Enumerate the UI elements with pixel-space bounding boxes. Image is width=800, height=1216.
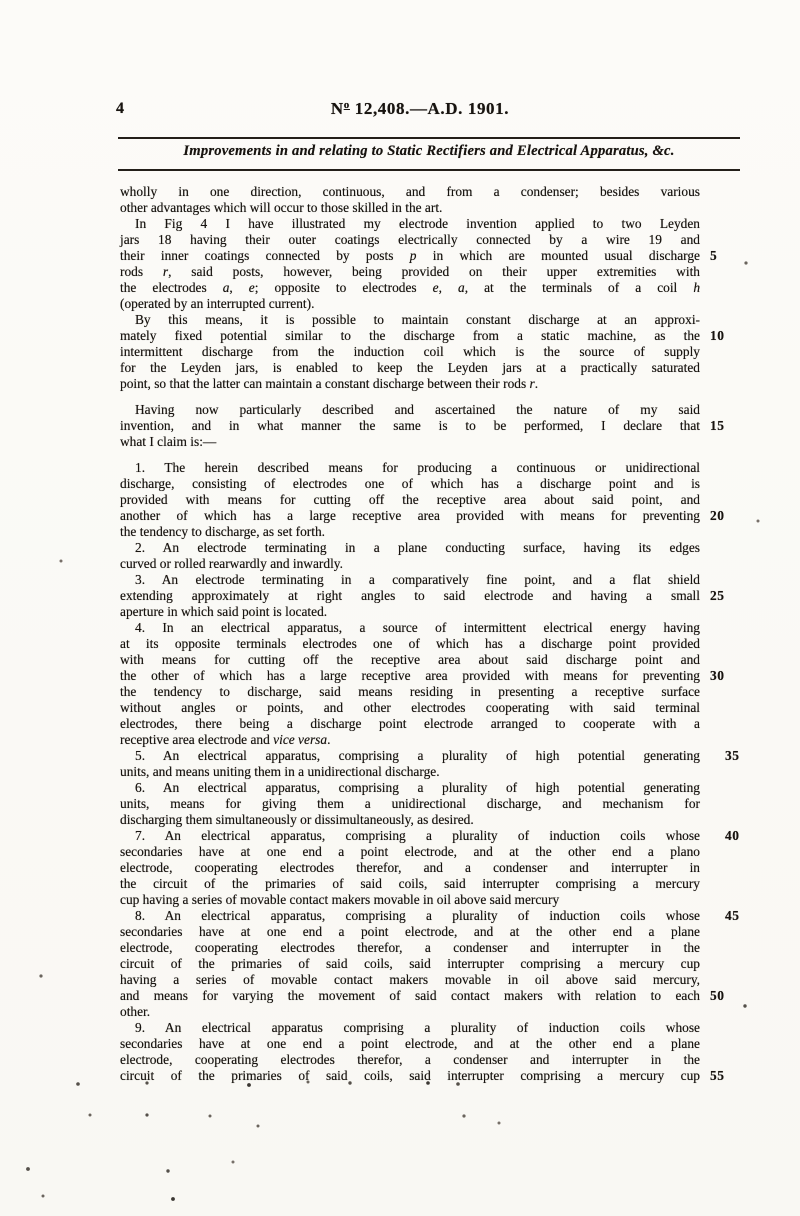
- text-line: 4. In an electrical apparatus, a source …: [120, 620, 700, 636]
- text-line: mately fixed potential similar to the di…: [120, 328, 700, 344]
- text-line: curved or rolled rearwardly and inwardly…: [120, 556, 700, 572]
- text-line: circuit of the primaries of said coils, …: [120, 956, 700, 972]
- header-divider-bottom: [118, 169, 740, 171]
- text-line: intermittent discharge from the inductio…: [120, 344, 700, 360]
- text-line: 6. An electrical apparatus, comprising a…: [120, 780, 700, 796]
- text-line: electrode, cooperating electrodes theref…: [120, 940, 700, 956]
- margin-line-number: 5: [710, 248, 717, 264]
- margin-line-number: 10: [710, 328, 724, 344]
- text-line: In Fig 4 I have illustrated my electrode…: [120, 216, 700, 232]
- text-line: Having now particularly described and as…: [120, 402, 700, 418]
- text-line: 5. An electrical apparatus, comprising a…: [120, 748, 700, 764]
- text-line: (operated by an interrupted current).: [120, 296, 700, 312]
- text-line: with means for cutting off the receptive…: [120, 652, 700, 668]
- text-line: electrode, cooperating electrodes theref…: [120, 1052, 700, 1068]
- text-line: secondaries have at one end a point elec…: [120, 1036, 700, 1052]
- text-line: discharging them simultaneously or dissi…: [120, 812, 700, 828]
- text-line: receptive area electrode and vice versa.: [120, 732, 700, 748]
- text-line: the tendency to discharge, as set forth.: [120, 524, 700, 540]
- body-text: wholly in one direction, continuous, and…: [120, 184, 700, 1084]
- patent-document-page: 4 No 12,408.—A.D. 1901. Improvements in …: [0, 0, 800, 1216]
- margin-line-number: 50: [710, 988, 724, 1004]
- text-line: units, and means uniting them in a unidi…: [120, 764, 700, 780]
- patent-number-heading: No 12,408.—A.D. 1901.: [120, 99, 720, 119]
- text-line: 2. An electrode terminating in a plane c…: [120, 540, 700, 556]
- text-line: the circuit of the primaries of said coi…: [120, 876, 700, 892]
- text-line: 9. An electrical apparatus comprising a …: [120, 1020, 700, 1036]
- text-line: without angles or points, and other elec…: [120, 700, 700, 716]
- scan-noise-specks: [0, 0, 2, 2]
- margin-line-number: 35: [710, 748, 739, 764]
- text-line: rods r, said posts, however, being provi…: [120, 264, 700, 280]
- text-line: electrodes, there being a discharge poin…: [120, 716, 700, 732]
- margin-line-number: 15: [710, 418, 724, 434]
- margin-line-number: 30: [710, 668, 724, 684]
- text-line: at its opposite terminals electrodes one…: [120, 636, 700, 652]
- text-line: other.: [120, 1004, 700, 1020]
- text-line: wholly in one direction, continuous, and…: [120, 184, 700, 200]
- text-line: discharge, consisting of electrodes one …: [120, 476, 700, 492]
- margin-line-number: 45: [710, 908, 739, 924]
- text-line: 7. An electrical apparatus, comprising a…: [120, 828, 700, 844]
- margin-line-number: 55: [710, 1068, 724, 1084]
- text-line: By this means, it is possible to maintai…: [120, 312, 700, 328]
- margin-line-number: 20: [710, 508, 724, 524]
- text-line: invention, and in what manner the same i…: [120, 418, 700, 434]
- text-line: another of which has a large receptive a…: [120, 508, 700, 524]
- text-line: and means for varying the movement of sa…: [120, 988, 700, 1004]
- text-line: for the Leyden jars, is enabled to keep …: [120, 360, 700, 376]
- patent-number-n: N: [331, 99, 344, 118]
- text-line: having a series of movable contact maker…: [120, 972, 700, 988]
- text-line: secondaries have at one end a point elec…: [120, 924, 700, 940]
- text-line: their inner coatings connected by posts …: [120, 248, 700, 264]
- margin-line-number: 40: [710, 828, 739, 844]
- text-line: point, so that the latter can maintain a…: [120, 376, 700, 392]
- text-line: 1. The herein described means for produc…: [120, 460, 700, 476]
- text-line: 8. An electrical apparatus, comprising a…: [120, 908, 700, 924]
- text-line: circuit of the primaries of said coils, …: [120, 1068, 700, 1084]
- text-line: the other of which has a large receptive…: [120, 668, 700, 684]
- document-title: Improvements in and relating to Static R…: [118, 143, 740, 160]
- text-line: secondaries have at one end a point elec…: [120, 844, 700, 860]
- text-line: provided with means for cutting off the …: [120, 492, 700, 508]
- text-line: units, means for giving them a unidirect…: [120, 796, 700, 812]
- text-line: electrode, cooperating electrodes theref…: [120, 860, 700, 876]
- text-line: other advantages which will occur to tho…: [120, 200, 700, 216]
- text-line: aperture in which said point is located.: [120, 604, 700, 620]
- margin-line-number: 25: [710, 588, 724, 604]
- text-line: extending approximately at right angles …: [120, 588, 700, 604]
- patent-number-rest: 12,408.—A.D. 1901.: [350, 99, 509, 118]
- text-line: jars 18 having their outer coatings elec…: [120, 232, 700, 248]
- text-line: 3. An electrode terminating in a compara…: [120, 572, 700, 588]
- text-line: what I claim is:—: [120, 434, 700, 450]
- text-line: cup having a series of movable contact m…: [120, 892, 700, 908]
- header-divider-top: [118, 137, 740, 139]
- text-line: the tendency to discharge, said means re…: [120, 684, 700, 700]
- text-line: the electrodes a, e; opposite to electro…: [120, 280, 700, 296]
